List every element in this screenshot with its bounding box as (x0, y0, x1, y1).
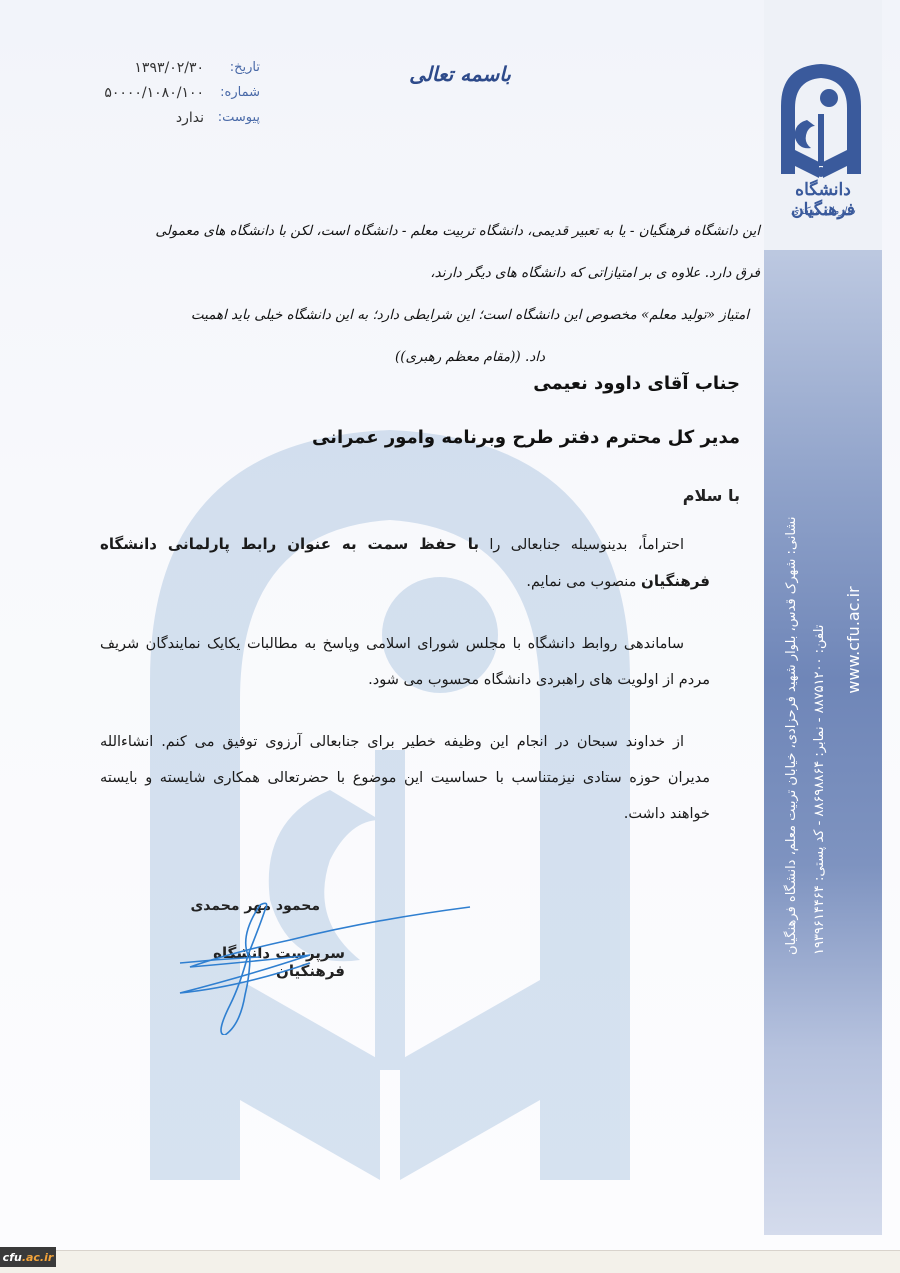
handwritten-signature-icon (170, 895, 480, 1035)
sidebar-address: نشانی: شهرک قدس، بلوار شهید فرحزادی، خیا… (784, 435, 799, 955)
site-watermark-badge: cfu.ac.ir (0, 1247, 56, 1267)
sidebar-contact-block: نشانی: شهرک قدس، بلوار شهید فرحزادی، خیا… (772, 440, 872, 960)
meta-number-row: شماره: ۵۰۰۰۰/۱۰۸۰/۱۰۰ (60, 80, 260, 105)
sidebar-website-link[interactable]: www.cfu.ac.ir (844, 580, 863, 700)
badge-part-1: cfu (3, 1251, 22, 1264)
body-p1-intro: احتراماً، بدینوسیله جنابعالی را (479, 537, 684, 553)
meta-date-label: تاریخ: (212, 60, 260, 75)
body-paragraph-2: ساماندهی روابط دانشگاه با مجلس شورای اسل… (100, 626, 710, 698)
leader-quote: این دانشگاه فرهنگیان - یا به تعبیر قدیمی… (140, 210, 760, 378)
university-logo-icon (777, 62, 865, 182)
letter-body: احتراماً، بدینوسیله جنابعالی را با حفظ س… (100, 526, 710, 858)
addressee-block: جناب آقای داوود نعیمی مدیر کل محترم دفتر… (300, 372, 740, 480)
addressee-title: مدیر کل محترم دفتر طرح وبرنامه وامور عمر… (300, 426, 740, 480)
addressee-name: جناب آقای داوود نعیمی (300, 372, 740, 426)
quote-line-2: امتیاز «تولید معلم» مخصوص این دانشگاه اس… (140, 294, 760, 378)
meta-number-label: شماره: (212, 85, 260, 100)
letter-meta: تاریخ: ۱۳۹۳/۰۲/۳۰ شماره: ۵۰۰۰۰/۱۰۸۰/۱۰۰ … (60, 55, 260, 130)
sidebar-contact-numbers: تلفن: ۸۸۷۵۱۲۰۰ - نمابر: ۸۸۶۹۸۸۶۴ - کد پس… (812, 435, 827, 955)
meta-attachment-label: پیوست: (212, 110, 260, 125)
body-paragraph-1: احتراماً، بدینوسیله جنابعالی را با حفظ س… (100, 526, 710, 600)
meta-number-value: ۵۰۰۰۰/۱۰۸۰/۱۰۰ (60, 85, 212, 101)
meta-date-row: تاریخ: ۱۳۹۳/۰۲/۳۰ (60, 55, 260, 80)
logo-subtitle: سازمان مرکزی (768, 206, 878, 217)
meta-date-value: ۱۳۹۳/۰۲/۳۰ (60, 60, 212, 76)
meta-attachment-row: پیوست: ندارد (60, 105, 260, 130)
basmala-heading: باسمه تعالی (400, 62, 520, 86)
meta-attachment-value: ندارد (60, 110, 212, 126)
badge-part-2: .ac.ir (22, 1251, 54, 1264)
body-paragraph-3: از خداوند سبحان در انجام این وظیفه خطیر … (100, 724, 710, 832)
quote-line-1: این دانشگاه فرهنگیان - یا به تعبیر قدیمی… (140, 210, 760, 294)
body-p1-end: منصوب می نمایم. (526, 574, 641, 590)
greeting: با سلام (500, 486, 740, 505)
page-bottom-edge (0, 1250, 900, 1273)
